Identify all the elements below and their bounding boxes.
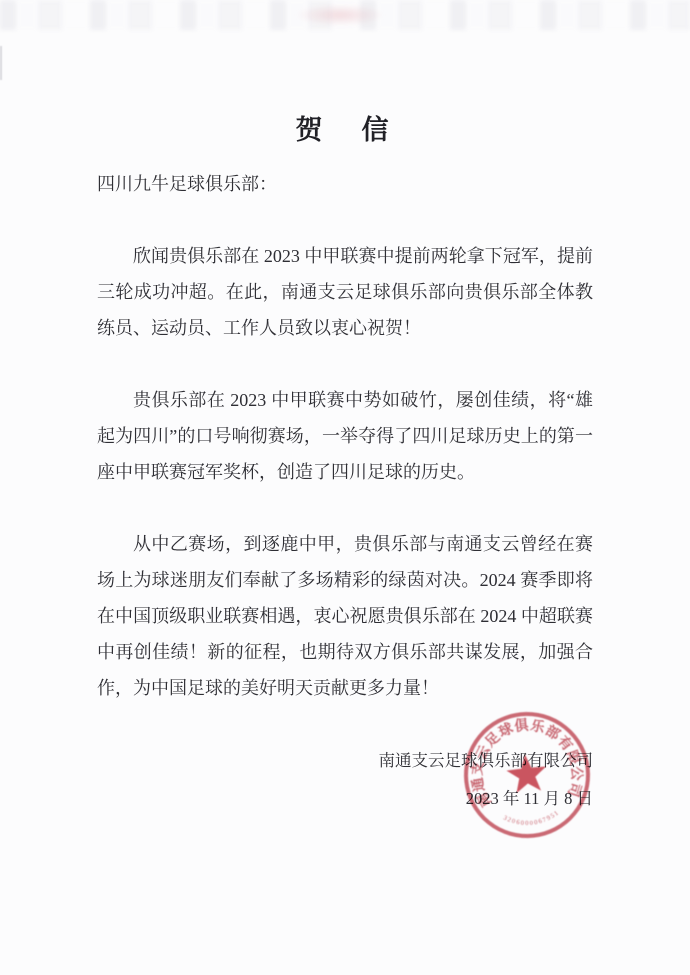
- company-seal-stamp: 南通支云足球俱乐部有限公司 3206000067951: [450, 698, 604, 852]
- paragraph-3: 从中乙赛场，到逐鹿中甲，贵俱乐部与南通支云曾经在赛场上为球迷朋友们奉献了多场精彩…: [97, 526, 593, 706]
- paragraph-1: 欣闻贵俱乐部在 2023 中甲联赛中提前两轮拿下冠军，提前三轮成功冲超。在此，南…: [97, 238, 593, 346]
- letter-title: 贺 信: [97, 110, 593, 150]
- paragraph-2: 贵俱乐部在 2023 中甲联赛中势如破竹，屡创佳绩，将“雄起为四川”的口号响彻赛…: [97, 382, 593, 490]
- scan-edge-artifact: [0, 46, 2, 80]
- scanned-letter-page: 贺 信 四川九牛足球俱乐部： 欣闻贵俱乐部在 2023 中甲联赛中提前两轮拿下冠…: [0, 0, 690, 975]
- star-icon: [505, 752, 549, 794]
- seal-serial-number: 3206000067951: [501, 809, 561, 830]
- scan-smudge: [295, 4, 385, 26]
- salutation: 四川九牛足球俱乐部：: [97, 166, 593, 202]
